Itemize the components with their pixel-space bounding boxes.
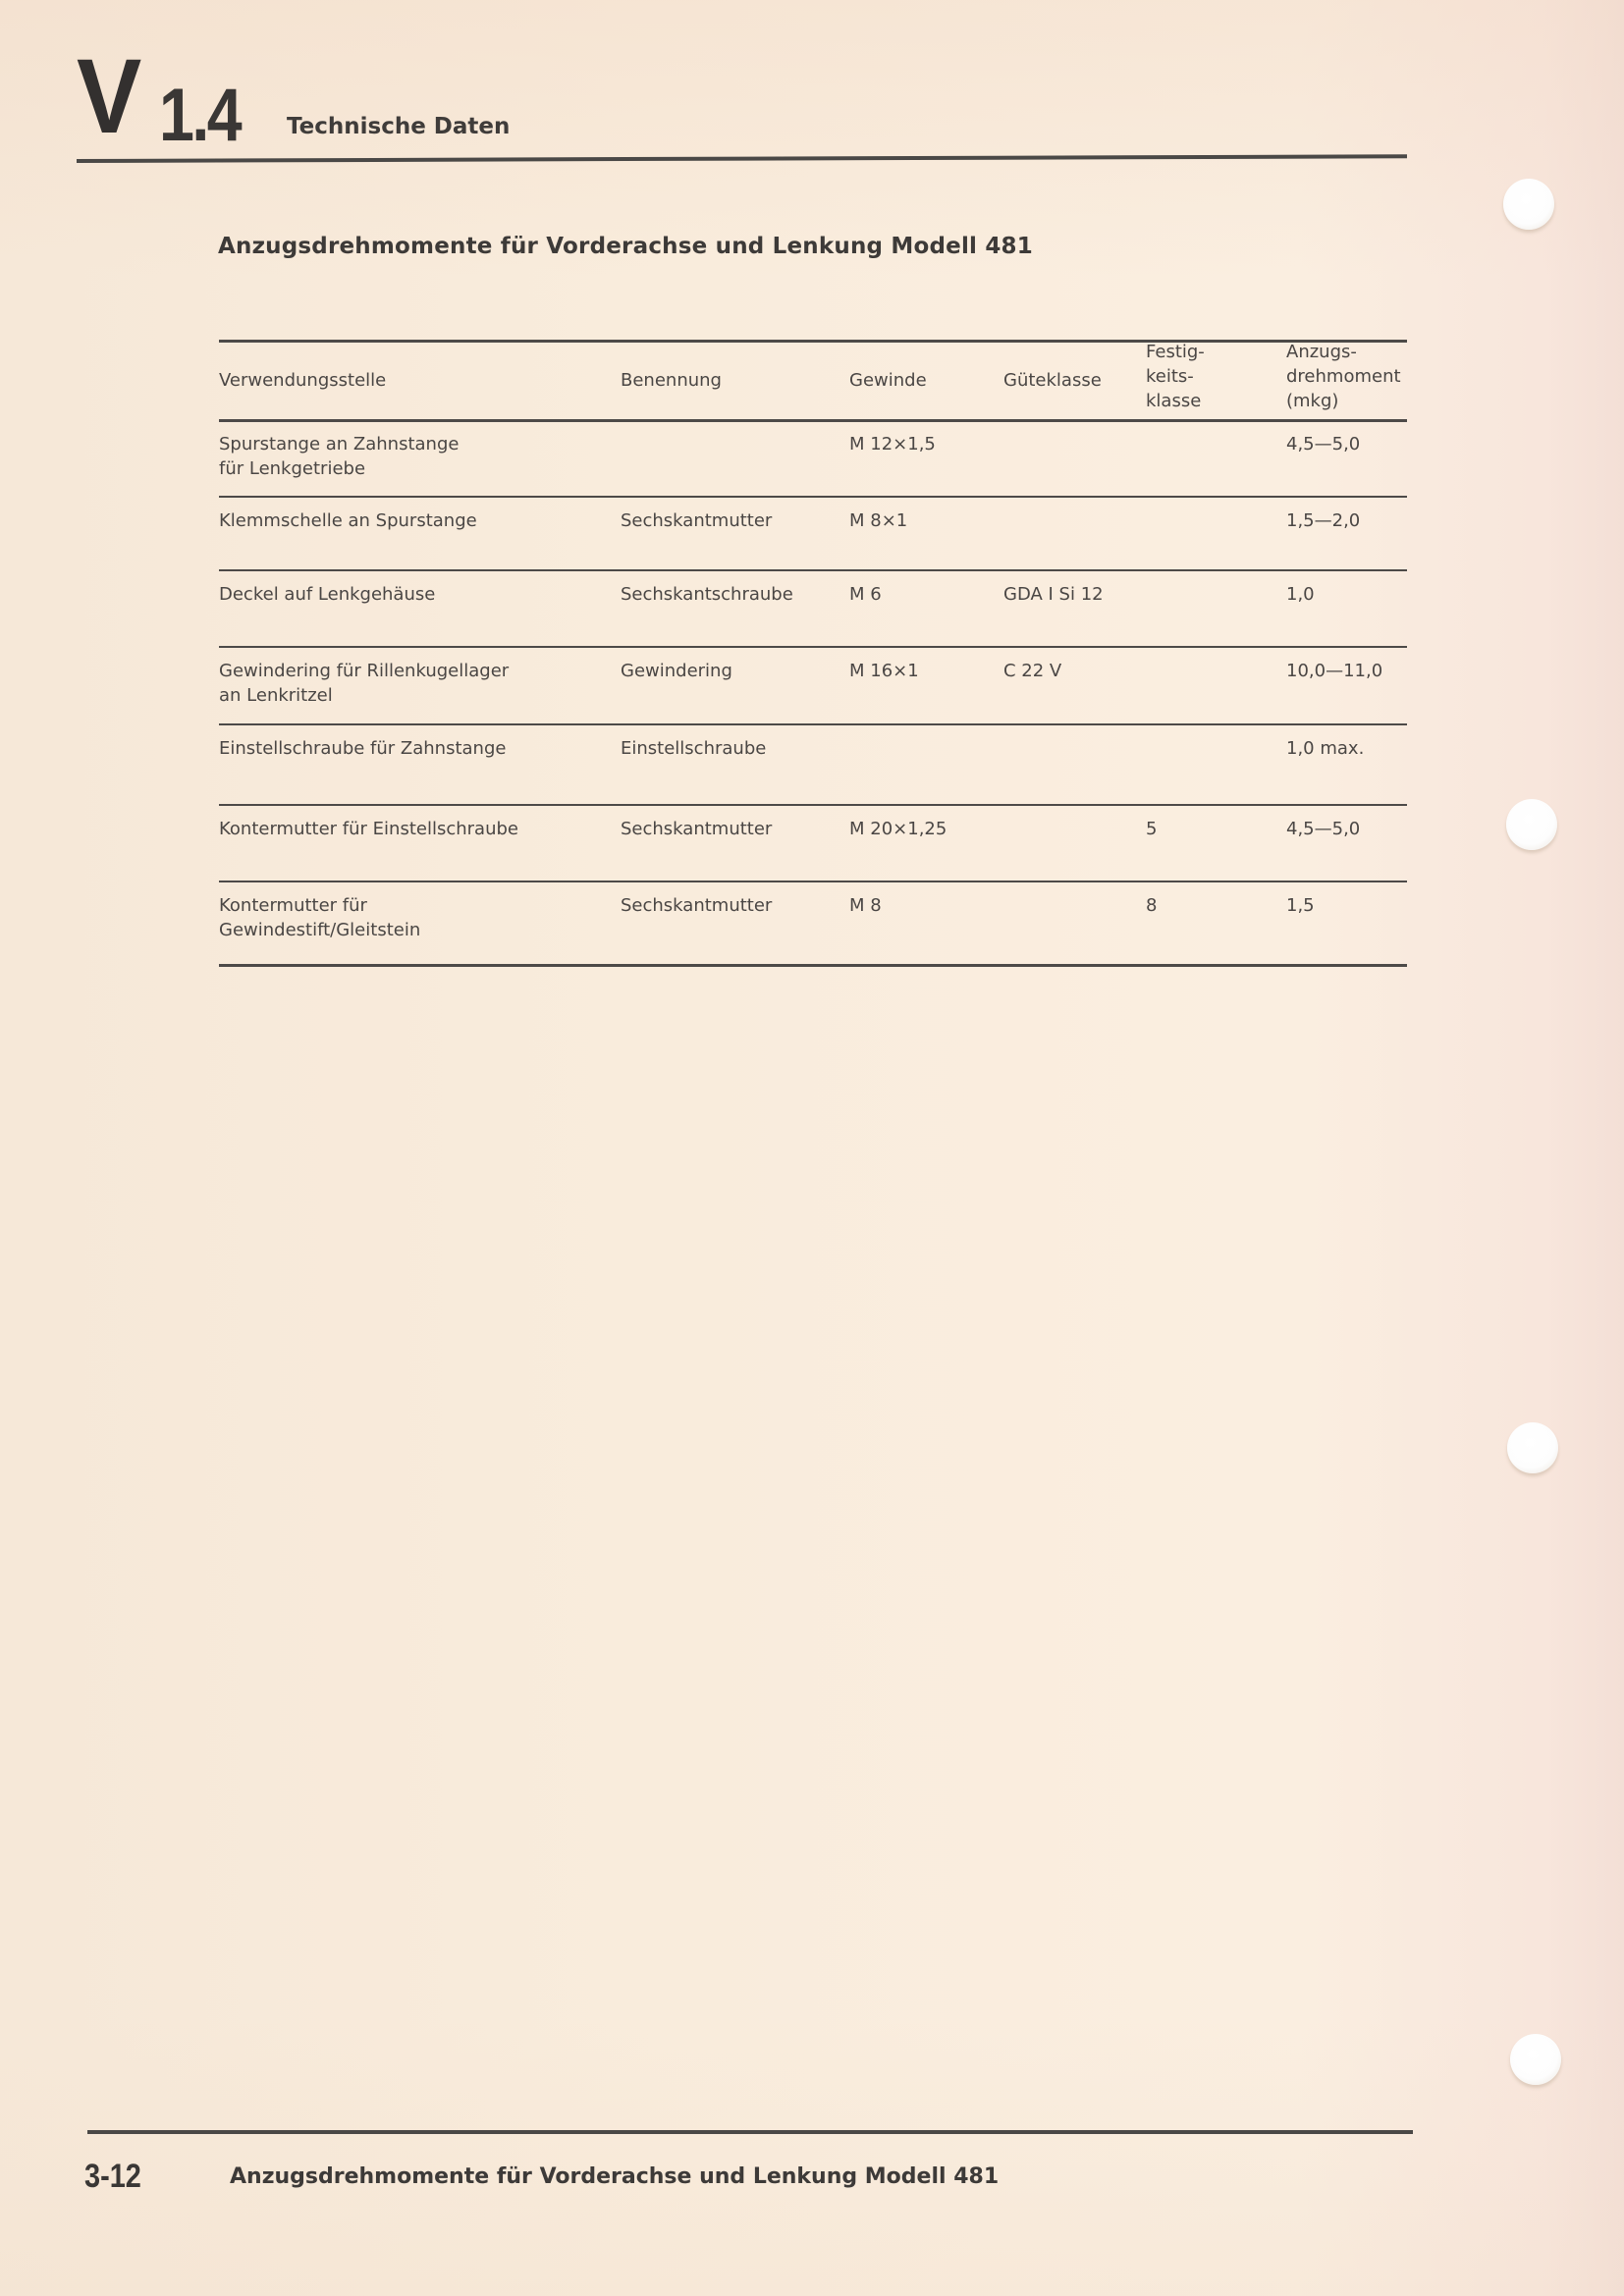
- table-cell-gewinde: M 12×1,5: [849, 432, 936, 456]
- table-cell-anzugsdrehmoment: 1,5—2,0: [1286, 508, 1360, 533]
- table-cell-anzugsdrehmoment: 1,5: [1286, 893, 1315, 918]
- table-cell-gewinde: M 8×1: [849, 508, 907, 533]
- table-row-separator: [219, 569, 1407, 571]
- table-top-rule: [219, 340, 1407, 343]
- column-header-anzugsdrehmoment: Anzugs- drehmoment (mkg): [1286, 340, 1401, 413]
- table-bottom-rule: [219, 964, 1407, 967]
- table-cell-gueteklasse: GDA I Si 12: [1003, 582, 1104, 607]
- table-cell-benennung: Sechskantmutter: [621, 508, 772, 533]
- footer-rule: [87, 2130, 1413, 2134]
- binder-hole: [1506, 799, 1557, 850]
- column-header-gueteklasse: Güteklasse: [1003, 368, 1102, 393]
- table-cell-verwendungsstelle: Kontermutter für Gewindestift/Gleitstein: [219, 893, 420, 942]
- table-cell-verwendungsstelle: Deckel auf Lenkgehäuse: [219, 582, 435, 607]
- binder-hole: [1503, 179, 1554, 230]
- table-cell-benennung: Sechskantmutter: [621, 893, 772, 918]
- document-title: Anzugsdrehmomente für Vorderachse und Le…: [218, 232, 1033, 261]
- binder-hole: [1507, 1422, 1558, 1473]
- table-cell-benennung: Sechskantmutter: [621, 817, 772, 841]
- table-row-separator: [219, 419, 1407, 422]
- binder-hole: [1510, 2034, 1561, 2085]
- table-row-separator: [219, 804, 1407, 806]
- table-cell-anzugsdrehmoment: 10,0—11,0: [1286, 659, 1382, 683]
- section-title: Technische Daten: [287, 113, 510, 140]
- table-cell-gueteklasse: C 22 V: [1003, 659, 1061, 683]
- table-cell-benennung: Einstellschraube: [621, 736, 766, 761]
- table-row-separator: [219, 496, 1407, 498]
- table-cell-verwendungsstelle: Gewindering für Rillenkugellager an Lenk…: [219, 659, 509, 708]
- section-letter: V: [77, 43, 139, 149]
- torque-table: VerwendungsstelleBenennungGewindeGütekla…: [219, 340, 1407, 968]
- footer-title: Anzugsdrehmomente für Vorderachse und Le…: [230, 2163, 999, 2191]
- table-row-separator: [219, 881, 1407, 882]
- table-cell-gewinde: M 6: [849, 582, 882, 607]
- table-row-separator: [219, 646, 1407, 648]
- header-rule: [77, 154, 1407, 163]
- table-row-separator: [219, 723, 1407, 725]
- table-cell-anzugsdrehmoment: 4,5—5,0: [1286, 432, 1360, 456]
- table-cell-benennung: Gewindering: [621, 659, 732, 683]
- table-cell-festigkeitsklasse: 8: [1146, 893, 1157, 918]
- column-header-verwendungsstelle: Verwendungsstelle: [219, 368, 386, 393]
- table-cell-anzugsdrehmoment: 1,0: [1286, 582, 1315, 607]
- table-cell-gewinde: M 20×1,25: [849, 817, 947, 841]
- table-cell-verwendungsstelle: Kontermutter für Einstellschraube: [219, 817, 518, 841]
- table-cell-benennung: Sechskantschraube: [621, 582, 793, 607]
- column-header-festigkeitsklasse: Festig- keits- klasse: [1146, 340, 1205, 413]
- table-cell-verwendungsstelle: Einstellschraube für Zahnstange: [219, 736, 506, 761]
- table-cell-anzugsdrehmoment: 1,0 max.: [1286, 736, 1364, 761]
- section-number: 1.4: [159, 79, 240, 153]
- table-cell-gewinde: M 16×1: [849, 659, 919, 683]
- table-cell-verwendungsstelle: Spurstange an Zahnstange für Lenkgetrieb…: [219, 432, 459, 481]
- table-cell-festigkeitsklasse: 5: [1146, 817, 1157, 841]
- table-cell-verwendungsstelle: Klemmschelle an Spurstange: [219, 508, 477, 533]
- table-cell-anzugsdrehmoment: 4,5—5,0: [1286, 817, 1360, 841]
- column-header-gewinde: Gewinde: [849, 368, 927, 393]
- page-number: 3-12: [84, 2158, 141, 2195]
- table-cell-gewinde: M 8: [849, 893, 882, 918]
- column-header-benennung: Benennung: [621, 368, 722, 393]
